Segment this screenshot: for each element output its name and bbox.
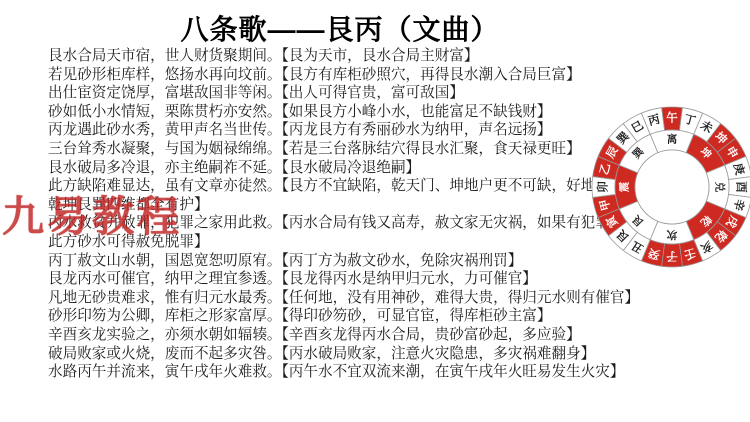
luopan-compass: 午丁未坤申庚酉辛戌乾亥壬子癸丑艮寅甲卯乙辰巽巳丙离坤兑乾坎艮震巽 bbox=[588, 101, 750, 273]
svg-text:午: 午 bbox=[666, 111, 678, 125]
svg-text:子: 子 bbox=[666, 250, 678, 263]
verse-line: 此方缺陷难显达，虽有文章亦徒然。【艮方不宜缺陷，乾天门、坤地户更不可缺，好地一般 bbox=[48, 177, 628, 196]
luopan-compass-svg: 午丁未坤申庚酉辛戌乾亥壬子癸丑艮寅甲卯乙辰巽巳丙离坤兑乾坎艮震巽 bbox=[588, 101, 750, 273]
mountain-酉: 酉 bbox=[729, 177, 750, 198]
verse-line: 艮水合局天市宿，世人财货聚期间。【艮为天市，艮水合局主财富】 bbox=[48, 47, 628, 66]
verse-line: 若见砂形柜库样，悠扬水再向坟前。【艮方有库柜砂照穴，再得艮水潮入合局巨富】 bbox=[48, 66, 628, 85]
verse-line: 出仕宦资定饶厚，富堪敌国非等闲。【出人可得官贵，富可敌国】 bbox=[48, 84, 628, 103]
svg-text:离: 离 bbox=[667, 133, 678, 146]
verse-line: 砂如低小水情短，栗陈贯朽亦安然。【如果艮方小峰小水，也能富足不缺钱财】 bbox=[48, 103, 628, 122]
verse-line: 丙龙遇此砂水秀，黄甲声名当世传。【丙龙艮方有秀丽砂水为纳甲，声名远扬】 bbox=[48, 121, 628, 140]
verse-line: 破局败家或火烧，废而不起多灾咎。【丙水破局败家，注意火灾隐患，多灾祸难翻身】 bbox=[48, 345, 628, 364]
verse-line: 艮水破局多冷退，亦主绝嗣祚不延。【艮水破局冷退绝嗣】 bbox=[48, 159, 628, 178]
mountain-卯: 卯 bbox=[592, 177, 615, 198]
svg-text:坎: 坎 bbox=[666, 229, 677, 242]
svg-text:酉: 酉 bbox=[735, 181, 749, 193]
verse-line: 丙丁赦文山水朝，国恩宽恕叨原宥。【丙丁方为赦文砂水，免除灾祸刑罚】 bbox=[48, 252, 628, 271]
verse-line: 丙水救贫并赦罪，犯罪之家用此救。【丙水合局有钱又高寿，赦文家无灾祸，如果有犯罪得 bbox=[48, 214, 628, 233]
svg-text:震: 震 bbox=[618, 181, 631, 192]
svg-text:兑: 兑 bbox=[714, 182, 727, 193]
mountain-午: 午 bbox=[662, 107, 683, 130]
verse-line: 三台耸秀水凝聚，与国为姻禄绵绵。【若是三台落脉结穴得艮水汇聚，食天禄更旺】 bbox=[48, 140, 628, 159]
verse-line: 辛酉亥龙实验之，亦须水朝如辐辏。【辛酉亥龙得丙水合局，贵砂富砂起，多应验】 bbox=[48, 326, 628, 345]
verse-line: 水路丙午并流来，寅午戌年火难救。【丙午水不宜双流来潮，在寅午戌年火旺易发生火灾】 bbox=[48, 363, 628, 382]
mountain-子: 子 bbox=[662, 244, 683, 267]
page-title: 八条歌——艮丙（文曲） bbox=[0, 8, 680, 48]
verse-line: 此方砂水可得赦免脱罪】 bbox=[48, 233, 628, 252]
verse-line: 凡地无砂贵难求，惟有归元水最秀。【任何地，没有用神砂，难得大贵，得归元水则有催官… bbox=[48, 289, 628, 308]
verse-line: 艮龙丙水可催官，纳甲之理宜参透。【艮龙得丙水是纳甲归元水，力可催官】 bbox=[48, 270, 628, 289]
verse-line: 乾坤艮巽四维都全有护】 bbox=[48, 196, 628, 215]
compass-center bbox=[635, 150, 709, 224]
verse-line: 砂形印笏为公卿，库柜之形家富厚。【得印砂笏砂，可显官宦，得库柜砂主富】 bbox=[48, 307, 628, 326]
svg-text:卯: 卯 bbox=[596, 181, 610, 193]
verse-block: 艮水合局天市宿，世人财货聚期间。【艮为天市，艮水合局主财富】若见砂形柜库样，悠扬… bbox=[48, 47, 628, 382]
